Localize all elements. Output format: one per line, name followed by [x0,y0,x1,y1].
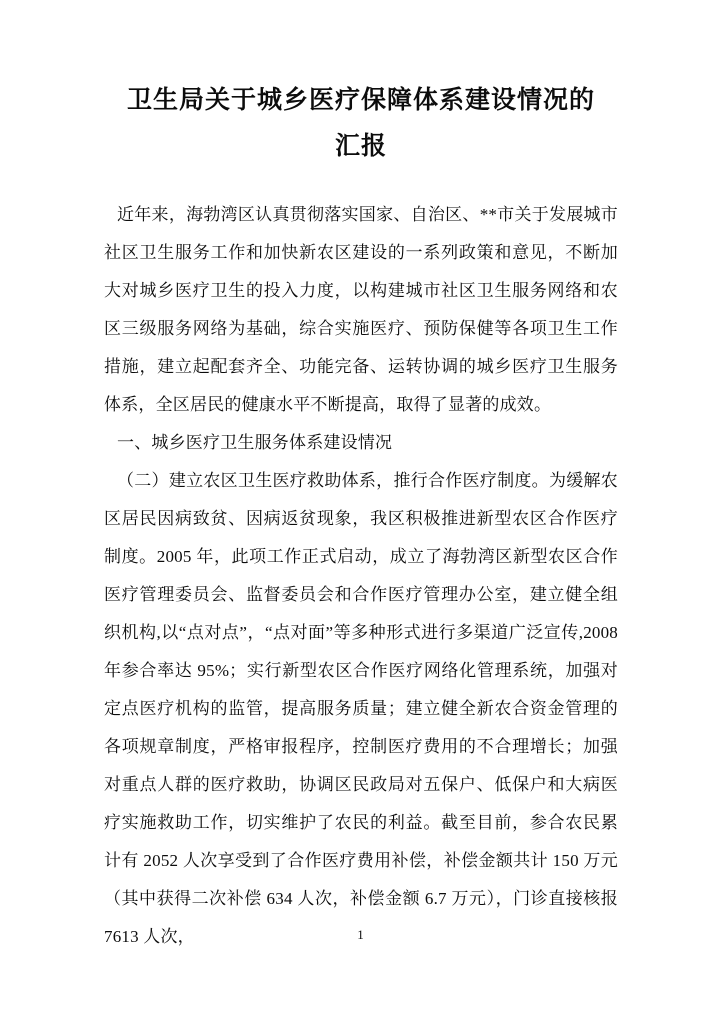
section-heading-1: 一、城乡医疗卫生服务体系建设情况 [104,424,618,462]
page-number: 1 [0,927,721,943]
paragraph-cooperative-medical-system: （二）建立农区卫生医疗救助体系，推行合作医疗制度。为缓解农区居民因病致贫、因病返… [104,462,618,956]
paragraph-intro: 近年来，海勃湾区认真贯彻落实国家、自治区、**市关于发展城市社区卫生服务工作和加… [104,196,618,424]
document-title: 卫生局关于城乡医疗保障体系建设情况的 汇报 [104,78,618,170]
document-title-line-1: 卫生局关于城乡医疗保障体系建设情况的 [104,78,618,124]
document-page: 卫生局关于城乡医疗保障体系建设情况的 汇报 近年来，海勃湾区认真贯彻落实国家、自… [0,0,721,1020]
document-title-line-2: 汇报 [104,124,618,170]
